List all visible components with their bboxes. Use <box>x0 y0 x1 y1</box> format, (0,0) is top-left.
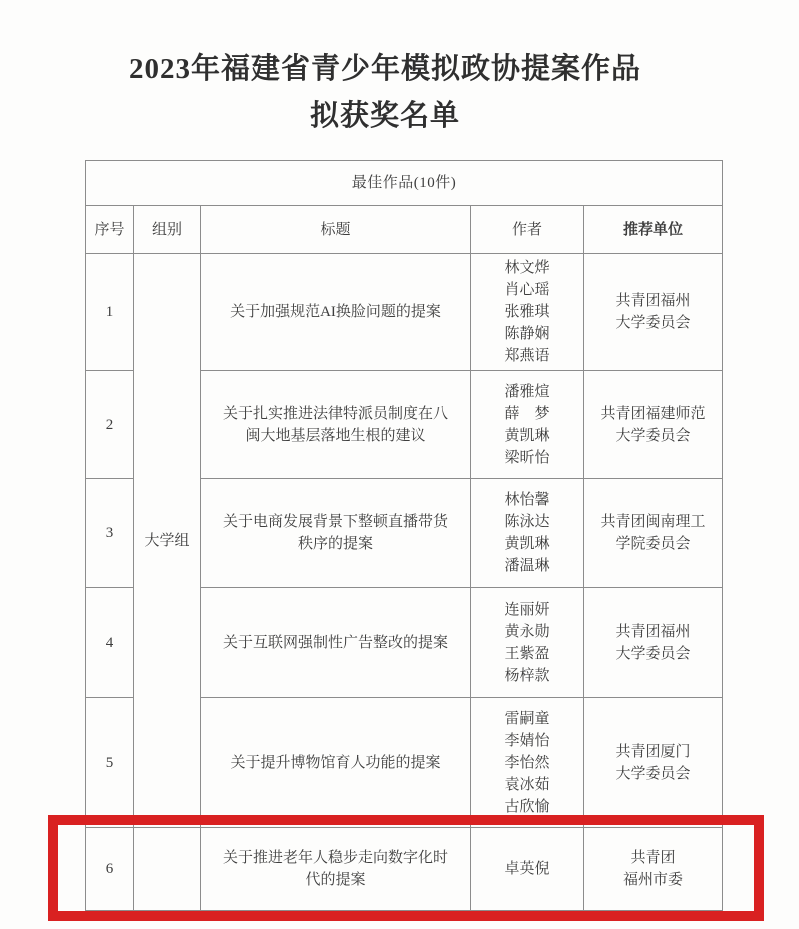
row-title-cell: 关于扎实推进法律特派员制度在八 闽大地基层落地生根的建议 <box>201 371 471 479</box>
row-number-cell: 6 <box>86 828 134 911</box>
col-header-authors: 作者 <box>471 206 584 254</box>
award-table: 最佳作品(10件) 序号 组别 标题 作者 推荐单位 1 大学组 关于加强规范A… <box>85 160 723 911</box>
table-section-header: 最佳作品(10件) <box>86 161 723 206</box>
row-number-cell: 5 <box>86 698 134 828</box>
row-title-cell: 关于电商发展背景下整顿直播带货 秩序的提案 <box>201 479 471 588</box>
row-recommender-cell: 共青团福州 大学委员会 <box>584 254 723 371</box>
row-recommender-cell: 共青团福州 大学委员会 <box>584 588 723 698</box>
col-header-title: 标题 <box>201 206 471 254</box>
table-row-highlighted: 6 关于推进老年人稳步走向数字化时 代的提案 卓英倪 共青团 福州市委 <box>86 828 723 911</box>
row-authors-cell: 林怡馨 陈泳达 黄凯琳 潘温琳 <box>471 479 584 588</box>
row-title-cell: 关于加强规范AI换脸问题的提案 <box>201 254 471 371</box>
row-authors-cell: 雷嗣童 李婧怡 李怡然 袁冰茹 古欣愉 <box>471 698 584 828</box>
document-title-line2: 拟获奖名单 <box>0 93 770 140</box>
row-number-cell: 4 <box>86 588 134 698</box>
row-authors-cell: 林文烨 肖心瑶 张雅琪 陈静娴 郑燕语 <box>471 254 584 371</box>
document-page: 2023年福建省青少年模拟政协提案作品 拟获奖名单 最佳作品(10件) 序号 组… <box>0 0 799 929</box>
document-title: 2023年福建省青少年模拟政协提案作品 拟获奖名单 <box>0 46 770 140</box>
document-title-line1: 2023年福建省青少年模拟政协提案作品 <box>0 46 770 93</box>
row-authors-cell: 潘雅煊 薛 梦 黄凯琳 梁昕怡 <box>471 371 584 479</box>
row-number-cell: 3 <box>86 479 134 588</box>
row-authors-cell: 连丽妍 黄永勋 王紫盈 杨梓款 <box>471 588 584 698</box>
row-recommender-cell: 共青团厦门 大学委员会 <box>584 698 723 828</box>
group-cell: 大学组 <box>134 254 201 828</box>
row-authors-cell: 卓英倪 <box>471 828 584 911</box>
col-header-no: 序号 <box>86 206 134 254</box>
group-cell-empty <box>134 828 201 911</box>
row-number-cell: 2 <box>86 371 134 479</box>
row-number-cell: 1 <box>86 254 134 371</box>
col-header-group: 组别 <box>134 206 201 254</box>
row-recommender-cell: 共青团 福州市委 <box>584 828 723 911</box>
row-recommender-cell: 共青团福建师范 大学委员会 <box>584 371 723 479</box>
row-title-cell: 关于提升博物馆育人功能的提案 <box>201 698 471 828</box>
row-recommender-cell: 共青团闽南理工 学院委员会 <box>584 479 723 588</box>
row-title-cell: 关于互联网强制性广告整改的提案 <box>201 588 471 698</box>
col-header-recommender: 推荐单位 <box>584 206 723 254</box>
row-title-cell: 关于推进老年人稳步走向数字化时 代的提案 <box>201 828 471 911</box>
table-row: 1 大学组 关于加强规范AI换脸问题的提案 林文烨 肖心瑶 张雅琪 陈静娴 郑燕… <box>86 254 723 371</box>
